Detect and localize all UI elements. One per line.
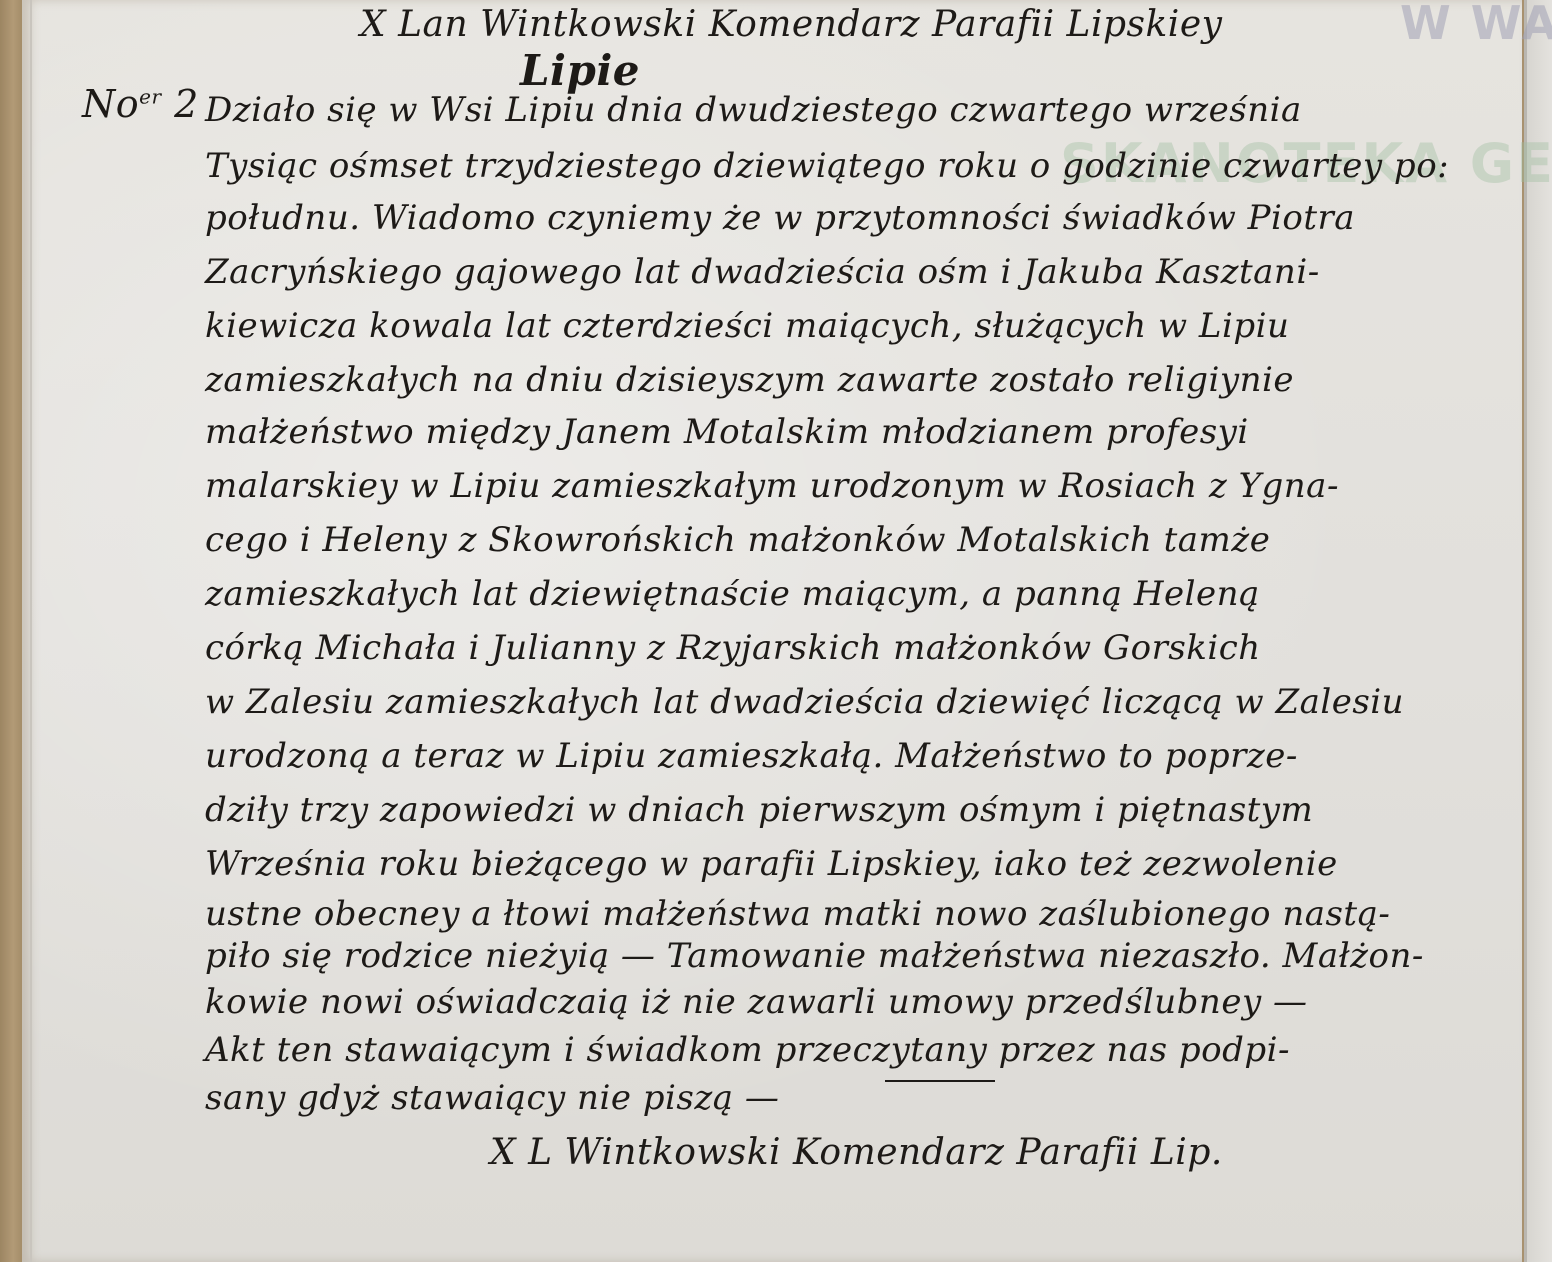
text-line: Zacryńskiego gajowego lat dwadzieścia oś…: [205, 252, 1320, 292]
text-line: w Zalesiu zamieszkałych lat dwadzieścia …: [205, 682, 1404, 722]
text-line: zamieszkałych na dniu dzisieyszym zawart…: [205, 360, 1294, 400]
entry-number-prefix: No: [82, 82, 139, 126]
entry-number: Noer 2: [82, 82, 199, 126]
text-line: Tysiąc ośmset trzydziestego dziewiątego …: [205, 146, 1449, 186]
entry-number-suffix: er: [139, 84, 161, 108]
text-line: malarskiey w Lipiu zamieszkałym urodzony…: [205, 466, 1339, 506]
book-binding: [0, 0, 22, 1262]
closing-dash: [885, 1080, 995, 1082]
text-line: dziły trzy zapowiedzi w dniach pierwszym…: [205, 790, 1313, 830]
text-line: małżeństwo między Janem Motalskim młodzi…: [205, 412, 1249, 452]
text-line: Akt ten stawaiącym i świadkom przeczytan…: [205, 1030, 1290, 1070]
text-line: cego i Heleny z Skowrońskich małżonków M…: [205, 520, 1270, 560]
text-line: piło się rodzice nieżyią — Tamowanie mał…: [205, 936, 1424, 976]
text-line: ustne obecney a łtowi małżeństwa matki n…: [205, 894, 1390, 934]
text-line: Września roku bieżącego w parafii Lipski…: [205, 844, 1338, 884]
text-line: Działo się w Wsi Lipiu dnia dwudziestego…: [205, 90, 1302, 130]
text-line: kowie nowi oświadczaią iż nie zawarli um…: [205, 982, 1307, 1022]
text-line: sany gdyż stawaiący nie piszą —: [205, 1078, 779, 1118]
text-line: połudnu. Wiadomo czyniemy że w przytomno…: [205, 198, 1355, 238]
watermark-top: W WARSZ: [1400, 0, 1552, 50]
text-line: córką Michała i Julianny z Rzyjarskich m…: [205, 628, 1261, 668]
text-line: zamieszkałych lat dziewiętnaście maiącym…: [205, 574, 1260, 614]
header-priest-line: X Lan Wintkowski Komendarz Parafii Lipsk…: [360, 4, 1222, 45]
text-line: urodzoną a teraz w Lipiu zamieszkałą. Ma…: [205, 736, 1298, 776]
place-title: Lipie: [520, 46, 640, 95]
priest-signature: X L Wintkowski Komendarz Parafii Lip.: [490, 1132, 1223, 1173]
page-margin-line: [30, 0, 32, 1262]
text-line: kiewicza kowala lat czterdzieści maiącyc…: [205, 306, 1289, 346]
entry-number-value: 2: [174, 82, 199, 126]
